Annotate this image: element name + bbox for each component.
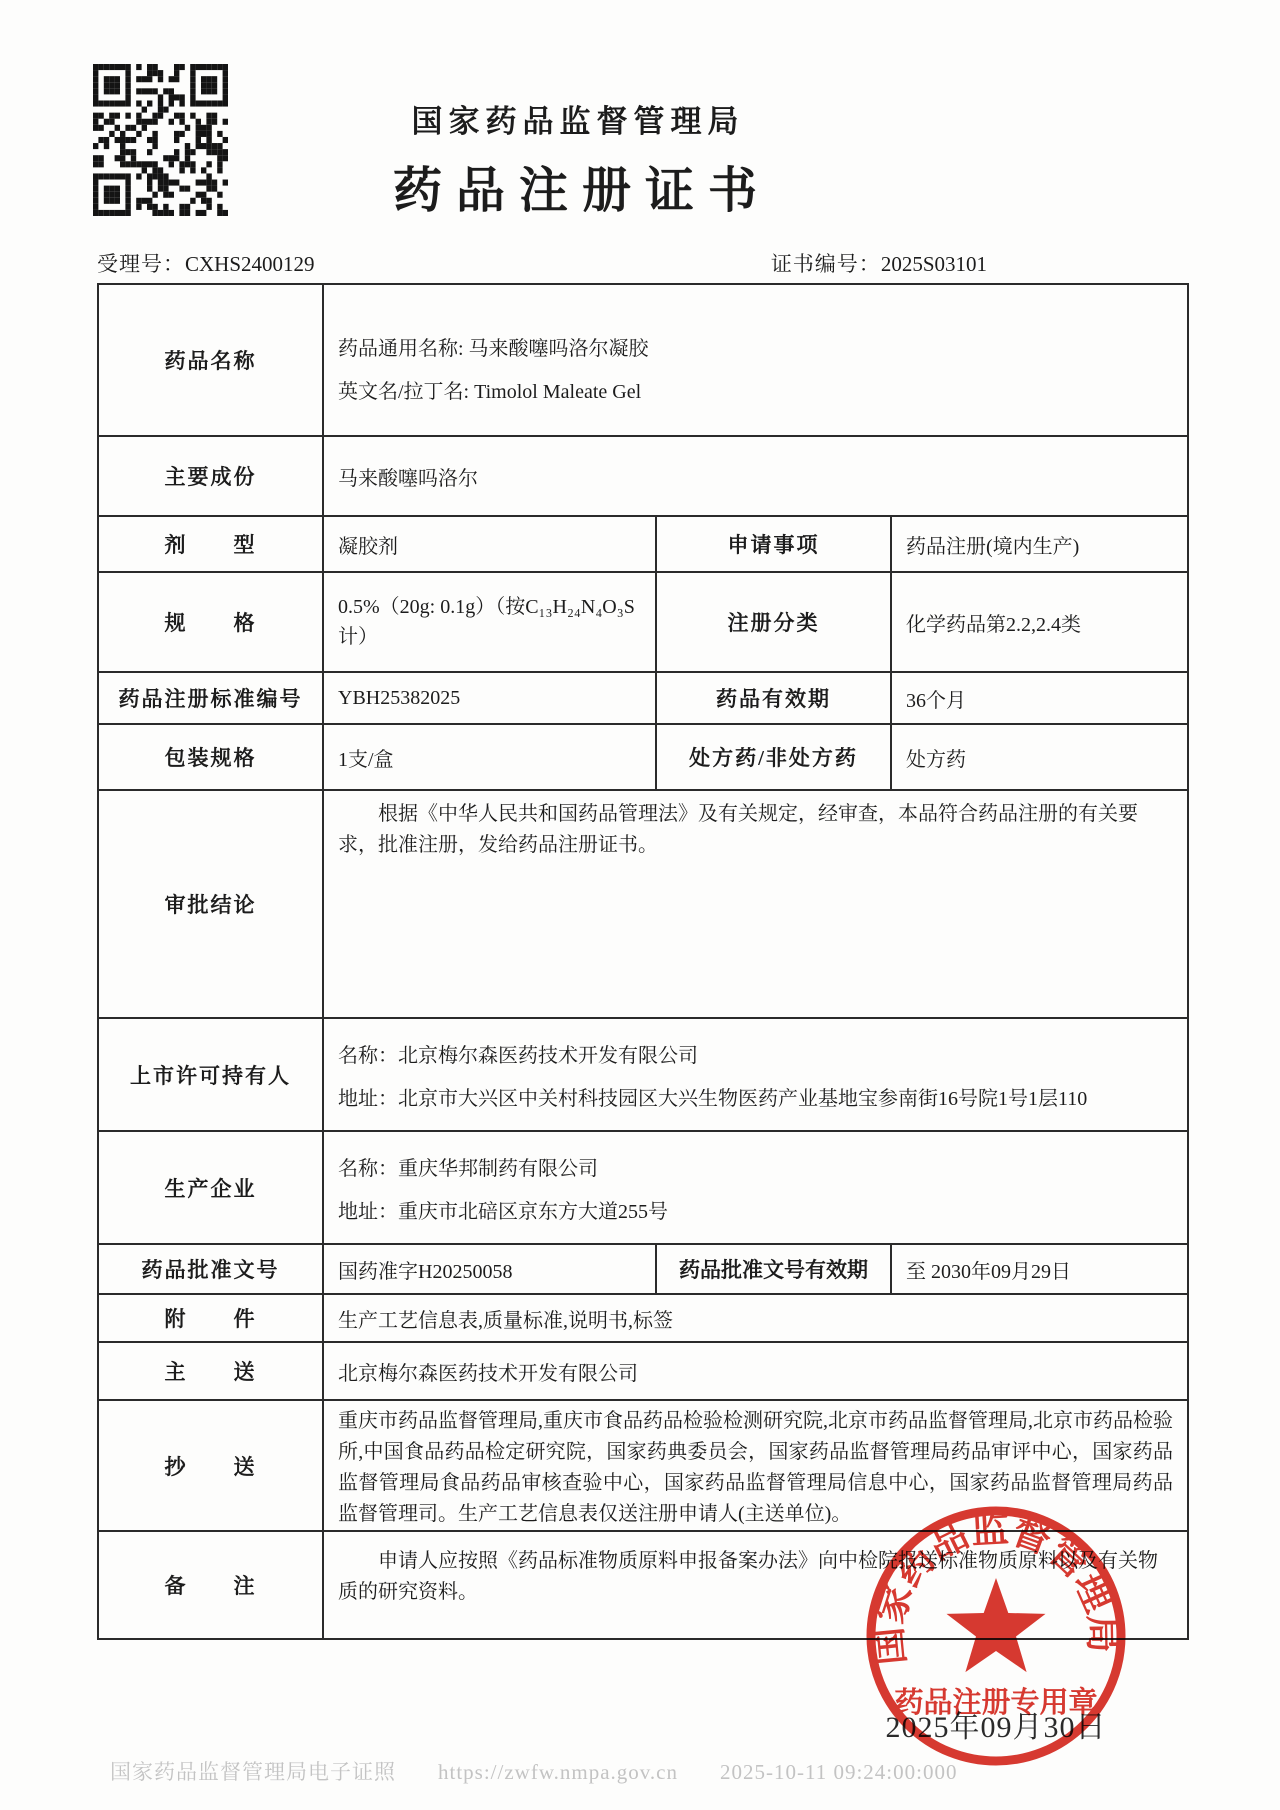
generic-name: 药品通用名称: 马来酸噻吗洛尔凝胶 xyxy=(338,332,1173,361)
row-label: 剂 型 xyxy=(98,516,323,572)
table-row: 药品批准文号 国药准字H20250058 药品批准文号有效期 至 2030年09… xyxy=(98,1244,1188,1294)
footer-url: https://zwfw.nmpa.gov.cn xyxy=(438,1760,678,1785)
seal-title: 药品注册专用章 xyxy=(894,1685,1097,1719)
row-value: 药品注册(境内生产) xyxy=(891,516,1188,572)
row-value: 药品通用名称: 马来酸噻吗洛尔凝胶 英文名/拉丁名: Timolol Malea… xyxy=(323,284,1188,436)
holder-name: 名称：北京梅尔森医药技术开发有限公司 xyxy=(338,1039,1173,1068)
footer-timestamp: 2025-10-11 09:24:00:000 xyxy=(720,1760,957,1785)
seal-graphic: 国家药品监督管理局 药品注册专用章 xyxy=(858,1498,1134,1774)
row-label: 药品名称 xyxy=(98,284,323,436)
table-row: 药品名称 药品通用名称: 马来酸噻吗洛尔凝胶 英文名/拉丁名: Timolol … xyxy=(98,284,1188,436)
footer-line: 国家药品监督管理局电子证照 https://zwfw.nmpa.gov.cn 2… xyxy=(110,1756,1240,1786)
table-row: 主 送 北京梅尔森医药技术开发有限公司 xyxy=(98,1342,1188,1400)
row-label: 附 件 xyxy=(98,1294,323,1342)
certificate-page: { "header": { "authority": "国家药品监督管理局", … xyxy=(0,0,1280,1810)
table-row: 主要成份 马来酸噻吗洛尔 xyxy=(98,436,1188,516)
row-value: 国药准字H20250058 xyxy=(323,1244,656,1294)
certificate-number-value: 2025S03101 xyxy=(881,252,987,276)
acceptance-number: 受理号：CXHS2400129 xyxy=(97,248,315,278)
row-value: 名称：重庆华邦制药有限公司 地址：重庆市北碚区京东方大道255号 xyxy=(323,1131,1188,1244)
table-row: 规 格 0.5%（20g: 0.1g）（按C₁₃H₂₄N₄O₃S计） 注册分类 … xyxy=(98,572,1188,672)
footer-label: 国家药品监督管理局电子证照 xyxy=(110,1756,396,1786)
certificate-title: 药品注册证书 xyxy=(0,152,1222,222)
row-value: 1支/盒 xyxy=(323,724,656,790)
row-value: 生产工艺信息表,质量标准,说明书,标签 xyxy=(323,1294,1188,1342)
row-label: 抄 送 xyxy=(98,1400,323,1531)
table-row: 药品注册标准编号 YBH25382025 药品有效期 36个月 xyxy=(98,672,1188,724)
row-value: 北京梅尔森医药技术开发有限公司 xyxy=(323,1342,1188,1400)
row-label: 包装规格 xyxy=(98,724,323,790)
authority-name: 国家药品监督管理局 xyxy=(0,96,1218,141)
row-value: 马来酸噻吗洛尔 xyxy=(323,436,1188,516)
table-row: 附 件 生产工艺信息表,质量标准,说明书,标签 xyxy=(98,1294,1188,1342)
row-value: 处方药 xyxy=(891,724,1188,790)
table-row: 审批结论 根据《中华人民共和国药品管理法》及有关规定，经审查，本品符合药品注册的… xyxy=(98,790,1188,1018)
row-label: 审批结论 xyxy=(98,790,323,1018)
meta-line: 受理号：CXHS2400129 证书编号：2025S03101 xyxy=(97,248,1187,278)
row-label: 申请事项 xyxy=(656,516,891,572)
row-label: 药品注册标准编号 xyxy=(98,672,323,724)
row-label: 注册分类 xyxy=(656,572,891,672)
row-value: YBH25382025 xyxy=(323,672,656,724)
acceptance-value: CXHS2400129 xyxy=(185,252,315,276)
manufacturer-name: 名称：重庆华邦制药有限公司 xyxy=(338,1152,1173,1181)
row-label: 主 送 xyxy=(98,1342,323,1400)
row-label: 备 注 xyxy=(98,1531,323,1639)
row-value: 凝胶剂 xyxy=(323,516,656,572)
row-label: 处方药/非处方药 xyxy=(656,724,891,790)
row-label: 药品批准文号 xyxy=(98,1244,323,1294)
row-label: 上市许可持有人 xyxy=(98,1018,323,1131)
certificate-number: 证书编号：2025S03101 xyxy=(771,248,987,278)
row-value: 名称：北京梅尔森医药技术开发有限公司 地址：北京市大兴区中关村科技园区大兴生物医… xyxy=(323,1018,1188,1131)
row-value: 化学药品第2.2,2.4类 xyxy=(891,572,1188,672)
certificate-number-label: 证书编号： xyxy=(771,252,881,276)
official-seal: 2025年09月30日 国家药品监督管理局 药品注册专用章 xyxy=(858,1498,1134,1774)
table-row: 剂 型 凝胶剂 申请事项 药品注册(境内生产) xyxy=(98,516,1188,572)
row-label: 药品批准文号有效期 xyxy=(656,1244,891,1294)
row-value: 0.5%（20g: 0.1g）（按C₁₃H₂₄N₄O₃S计） xyxy=(323,572,656,672)
table-row: 上市许可持有人 名称：北京梅尔森医药技术开发有限公司 地址：北京市大兴区中关村科… xyxy=(98,1018,1188,1131)
english-name: 英文名/拉丁名: Timolol Maleate Gel xyxy=(338,375,1173,404)
table-row: 生产企业 名称：重庆华邦制药有限公司 地址：重庆市北碚区京东方大道255号 xyxy=(98,1131,1188,1244)
row-label: 药品有效期 xyxy=(656,672,891,724)
row-label: 生产企业 xyxy=(98,1131,323,1244)
approval-conclusion: 根据《中华人民共和国药品管理法》及有关规定，经审查，本品符合药品注册的有关要求，… xyxy=(323,790,1188,1018)
star-icon xyxy=(947,1578,1046,1672)
holder-address: 地址：北京市大兴区中关村科技园区大兴生物医药产业基地宝参南街16号院1号1层11… xyxy=(338,1082,1173,1111)
acceptance-label: 受理号： xyxy=(97,252,185,276)
table-row: 包装规格 1支/盒 处方药/非处方药 处方药 xyxy=(98,724,1188,790)
row-value: 36个月 xyxy=(891,672,1188,724)
row-label: 主要成份 xyxy=(98,436,323,516)
manufacturer-address: 地址：重庆市北碚区京东方大道255号 xyxy=(338,1195,1173,1224)
row-value: 至 2030年09月29日 xyxy=(891,1244,1188,1294)
row-label: 规 格 xyxy=(98,572,323,672)
registration-table: 药品名称 药品通用名称: 马来酸噻吗洛尔凝胶 英文名/拉丁名: Timolol … xyxy=(97,283,1189,1640)
